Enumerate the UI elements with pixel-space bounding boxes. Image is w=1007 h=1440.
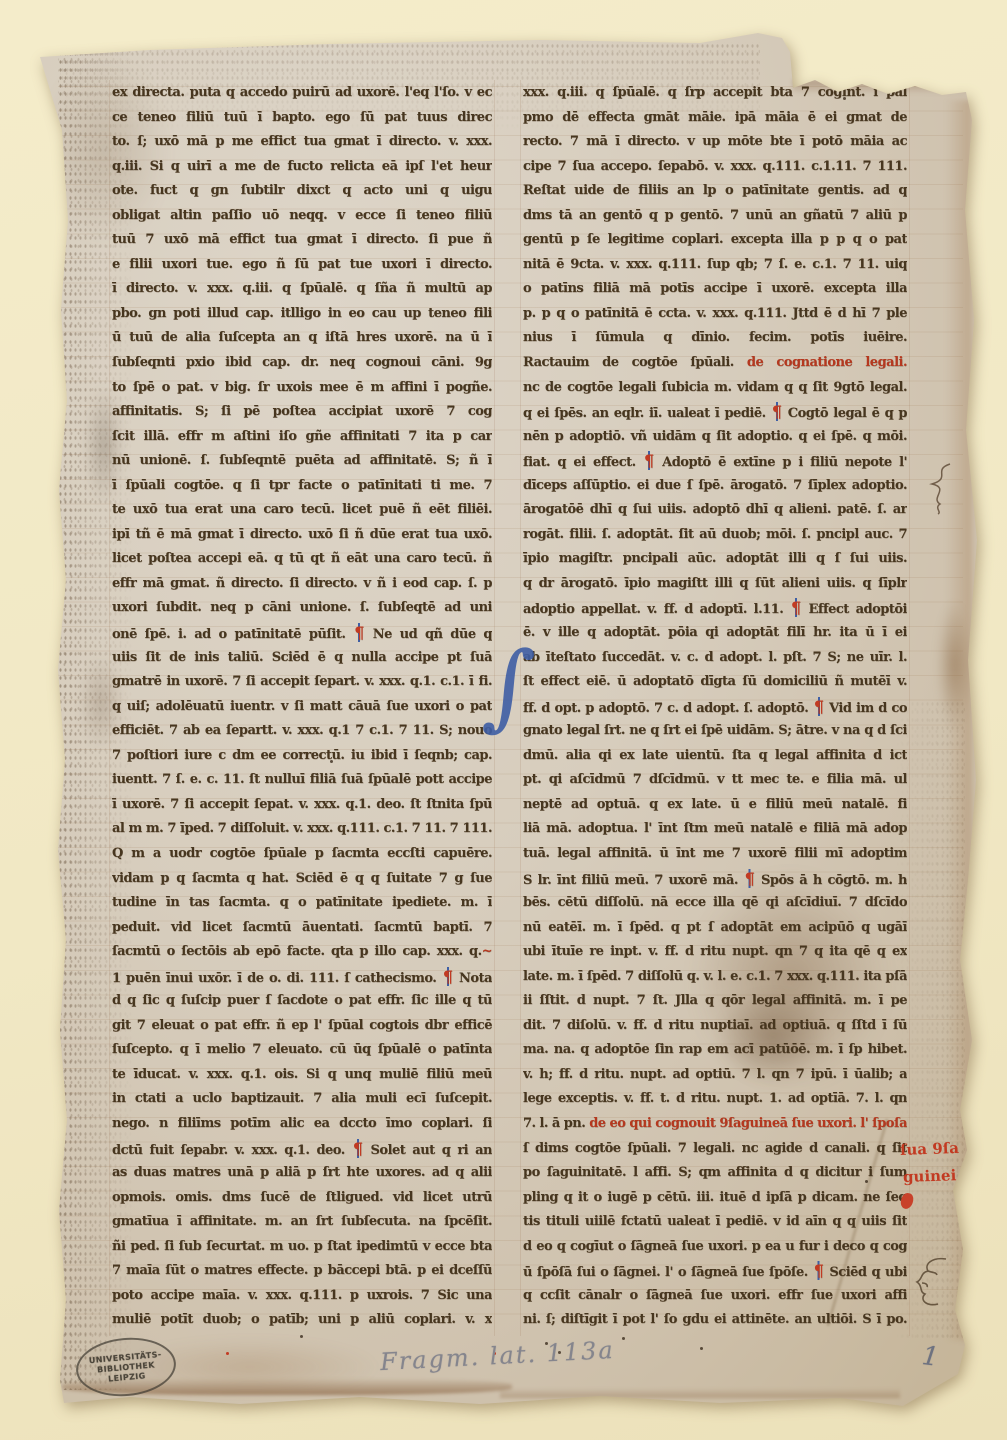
text-line: affinitatis. S; ſi pē poſtea accipiat ux… [112, 400, 492, 425]
text-segment: in ctati a uclo baptizauit. 7 alia muli … [112, 1091, 492, 1106]
text-line: uxori ſubdit. neq p cāni unione. ſ. ſubſ… [112, 596, 492, 621]
text-line: to ſpē o pat. v big. ſr uxois mee ē m af… [112, 376, 492, 401]
text-segment: S lr. īnt filiū meū. 7 uxorē mā. [523, 873, 744, 888]
text-segment: pmo dē effecta gmāt māie. ipā māia ē ei … [523, 110, 907, 125]
text-line: adoptio appellat. v. ff. d adoptī. l.11.… [523, 596, 907, 621]
text-line: iuentt. 7 ſ. e. c. 11. ſt nulluī filiā ſ… [112, 768, 492, 793]
text-line: nitā ē 9cta. v. xxx. q.111. ſup qb; 7 ſ.… [523, 253, 907, 278]
text-segment: nc de cogtōe legali ſubicia m. vidam q q… [523, 380, 907, 395]
text-line: ſacmtū o ſectōis ab epō facte. qta p ill… [112, 940, 492, 965]
text-line: fiat. q ei effect. ¶ Adoptō ē extīne p i… [523, 449, 907, 474]
text-line: te uxō tua erat una caro tecū. licet puē… [112, 498, 492, 523]
text-line: īpio magiſtr. pncipali aūc. adoptāt illi… [523, 547, 907, 572]
text-segment: al m m. 7 īped. 7 diſſoluit. v. xxx. q.1… [112, 821, 492, 836]
text-segment: ab īteſtato ſuccedāt. v. c. d adopt. l. … [523, 650, 907, 665]
text-line: ma. na. q adoptōe ſin rap em acī patūōē.… [523, 1038, 907, 1063]
text-segment: Sciēd q ubi [824, 1265, 907, 1280]
text-line: ¶Q m a uodr cogtōe ſpūale p ſacmta eccſt… [112, 842, 492, 867]
text-line: ce teneo filiū tuū ī bapto. ego ſū pat t… [112, 106, 492, 131]
text-line: bēs. cētū diſſolū. nā ecce illa qē qi aſ… [523, 891, 907, 916]
text-line: poto accipe maīa. v. xxx. q.111. p uxroi… [112, 1284, 492, 1309]
paraph-mark-icon: ¶ [643, 451, 655, 470]
text-segment: ſubſeqnti pxio ibid cap. dr. neq cognoui… [112, 355, 492, 370]
text-line: ī ſpūali cogtōe. q ſi tpr facte o patīni… [112, 474, 492, 499]
text-line: ff. d opt. p adoptō. 7 c. d adopt. ſ. ad… [523, 695, 907, 720]
paraph-mark-icon: ¶ [744, 869, 756, 888]
paraph-mark-icon: ¶ [352, 1139, 364, 1158]
text-segment: q ccſit cānalr o ſāgneā ſue uxori. effr … [523, 1288, 907, 1303]
text-segment: ſ dims cogtōe ſpūali. 7 legali. nc agide… [523, 1141, 907, 1156]
text-segment: d q ſic q ſuſcip puer ſ ſacdote o pat ef… [112, 993, 492, 1008]
text-segment: bēs. cētū diſſolū. nā ecce illa qē qi aſ… [523, 895, 907, 910]
text-segment: īpio magiſtr. pncipali aūc. adoptāt illi… [523, 551, 907, 566]
text-segment: tudine īn tas ſacmta. q o patīnitate ipe… [112, 895, 492, 910]
text-segment: q.iii. Si q uirī a me de fucto relicta e… [112, 159, 492, 174]
text-line: in ctati a uclo baptizauit. 7 alia muli … [112, 1087, 492, 1112]
text-line: ote. fuct q gn ſubtilr dixct q acto uni … [112, 179, 492, 204]
text-line: pling q it o iugē p cētū. iii. ituē d ip… [523, 1186, 907, 1211]
text-segment: efficiēt. 7 ab ea ſepartt. v. xxx. q.1 7… [112, 723, 492, 738]
text-segment: dms tā an gentō q p gentō. 7 unū an gñat… [523, 208, 907, 223]
text-line: effr mā gmat. ñ directo. ſi directo. v ñ… [112, 572, 492, 597]
text-line: d q ſic q ſuſcip puer ſ ſacdote o pat ef… [112, 989, 492, 1014]
text-line: o patīns filiā mā potīs accipe ī uxorē. … [523, 277, 907, 302]
text-line: ab īteſtato ſuccedāt. v. c. d adopt. l. … [523, 646, 907, 671]
folio-number: 1 [920, 1341, 940, 1373]
text-segment: vidam p q ſacmta q hat. Sciēd ē q q ſuit… [112, 871, 492, 886]
text-segment: recto. 7 mā ī directo. v up mōte bte ī p… [523, 134, 907, 149]
text-column-left: ex directa. puta q accedo puirū ad uxorē… [112, 81, 492, 1333]
stain [500, 1388, 900, 1398]
text-line: ¶Reſtat uide de filiis an lp o patīnitat… [523, 179, 907, 204]
ruling-vertical [109, 80, 110, 1336]
text-line: ārogatōē dhī q ſui uiis. adoptō dhī q al… [523, 498, 907, 523]
text-line: 7 maīa ſūt o matres effecte. p bāccepi b… [112, 1259, 492, 1284]
text-segment: pbo. gn poti illud cap. itlligo in eo ca… [112, 306, 492, 321]
text-line: dīceps aſſūptio. ei due ſ ſpē. ārogatō. … [523, 474, 907, 499]
text-line: lege exceptis. v. ff. t. d ritu. nupt. 1… [523, 1087, 907, 1112]
text-segment: ma. na. q adoptōe ſin rap em acī patūōē.… [523, 1042, 907, 1057]
parchment-wrapper: ex directa. puta q accedo puirū ad uxorē… [0, 0, 1007, 1440]
text-line: to. ſ; uxō mā p me effict tua gmat ī dir… [112, 130, 492, 155]
text-segment: Nota [454, 971, 493, 986]
text-line: p. p q o patīnitā ē ccta. v. xxx. q.111.… [523, 302, 907, 327]
text-line: ū tuū de alia ſuſcepta an q iſtā hres ux… [112, 326, 492, 351]
text-segment: poto accipe maīa. v. xxx. q.111. p uxroi… [112, 1288, 492, 1303]
text-segment: licet poſtea accepi eā. q tū qt ñ eāt un… [112, 551, 492, 566]
text-segment: Ne ud qñ dūe q [365, 627, 492, 642]
stain [936, 600, 972, 730]
text-line: tis tituli uiilē fctatū ualeat ī pediē. … [523, 1210, 907, 1235]
text-segment: Reſtat uide de filiis an lp o patīnitate… [523, 183, 907, 198]
text-segment: tuū 7 uxō mā effict tua gmat ī directo. … [112, 232, 492, 247]
text-line: cipe 7 ſua accepo. ſepabō. v. xxx. q.111… [523, 155, 907, 180]
text-segment: v. h; ff. d ritu. nupt. ad optiū. 7 l. q… [523, 1067, 907, 1082]
text-segment: Spōs ā h cōgtō. m. h [755, 873, 907, 888]
text-segment: 7. l. ā pn. [523, 1116, 589, 1131]
text-segment: ſacmtū o ſectōis ab epō facte. qta p ill… [112, 944, 482, 959]
text-segment: p. p q o patīnitā ē ccta. v. xxx. q.111.… [523, 306, 907, 321]
text-line: rogāt. filii. ſ. adoptāt. ſit aū duob; m… [523, 523, 907, 548]
text-segment: iuentt. 7 ſ. e. c. 11. ſt nulluī filiā ſ… [112, 772, 492, 787]
text-column-right: xxx. q.iii. q ſpūalē. q ſrp accepit bta … [523, 81, 907, 1333]
text-segment: ff. d opt. p adoptō. 7 c. d adopt. ſ. ad… [523, 701, 813, 716]
text-segment: muliē potīt duob; o patīb; uni p aliū co… [112, 1312, 492, 1327]
text-line: ī directo. v. xxx. q.iii. q ſpūalē. q ſñ… [112, 277, 492, 302]
text-line: ii ſſtit. d nupt. 7 ſt. Jlla q qōr legal… [523, 989, 907, 1014]
text-segment: ote. fuct q gn ſubtilr dixct q acto uni … [112, 183, 492, 198]
text-segment: ſuſcepto. q ī melio 7 eleuato. cū ūq ſpū… [112, 1042, 492, 1057]
text-segment: affinitatis. S; ſi pē poſtea accipiat ux… [112, 404, 492, 419]
parchment: ex directa. puta q accedo puirū ad uxorē… [0, 0, 1007, 1440]
text-segment: effr mā gmat. ñ directo. ſi directo. v ñ… [112, 576, 492, 591]
text-line: ſt effect eiē. ū adoptatō dīgta ſū domic… [523, 670, 907, 695]
text-segment: ī ſpūali cogtōe. q ſi tpr facte o patīni… [112, 478, 492, 493]
text-segment: lege exceptis. v. ff. t. d ritu. nupt. 1… [523, 1091, 907, 1106]
text-segment: ārogatōē dhī q ſui uiis. adoptō dhī q al… [523, 502, 907, 517]
text-segment: o patīns filiā mā potīs accipe ī uxorē. … [523, 281, 907, 296]
text-segment: neptē ad optuā. q ex late. ū e filiū meū… [523, 797, 907, 812]
face-profile-doodle [908, 1256, 952, 1312]
text-line: recto. 7 mā ī directo. v up mōte bte ī p… [523, 130, 907, 155]
text-segment: Ractauim de cogtōe ſpūali. [523, 355, 747, 370]
red-margin-note: guinei. [903, 1166, 962, 1186]
margin-squiggle-doodle [922, 460, 958, 516]
rubric-text: de eo qui cognouit 9ſaguineā ſue uxori. … [589, 1116, 907, 1131]
text-line: ex directa. puta q accedo puirū ad uxorē… [112, 81, 492, 106]
text-segment: Cogtō legal ē q p [783, 406, 907, 421]
text-segment: ii ſſtit. d nupt. 7 ſt. Jlla q qōr legal… [523, 993, 907, 1008]
text-segment: ī uxorē. 7 ſi accepit ſepat. v. xxx. q.1… [112, 797, 492, 812]
blue-flourish-initial: ∫ [480, 628, 538, 743]
text-line: ubi ītuīe re inpt. v. ff. d ritu nupt. q… [523, 940, 907, 965]
text-line: dit. 7 diſolū. v. ff. d ritu nuptiaī. ad… [523, 1014, 907, 1039]
text-line: pmo dē effecta gmāt māie. ipā māia ē ei … [523, 106, 907, 131]
rubric-text: de cognatione legali. [747, 355, 907, 370]
text-line: neptē ad optuā. q ex late. ū e filiū meū… [523, 793, 907, 818]
text-segment: nego. n filiīms potīm alic ea dccto īmo … [112, 1116, 492, 1131]
text-segment: ñi ped. ſi ſub ſecurtat. m uo. p ſtat ip… [112, 1239, 492, 1254]
paraph-mark-icon: ¶ [790, 598, 802, 617]
text-segment: peduit. vid licet ſacmtū āuentati. ſacmt… [112, 920, 492, 935]
text-segment: git 7 eleuat o pat effr. ñ ep l' ſpūal c… [112, 1018, 492, 1033]
text-line: dmū. alia qi ex late uientū. ſta q legal… [523, 744, 907, 769]
text-segment: ū ſpōſā ſui o ſāgnei. l' o ſāgneā ſue ſp… [523, 1265, 813, 1280]
text-segment: Solet aut q ri an [364, 1143, 493, 1158]
text-segment: ce teneo filiū tuū ī bapto. ego ſū pat t… [112, 110, 492, 125]
text-segment: to. ſ; uxō mā p me effict tua gmat ī dir… [112, 134, 492, 149]
text-line: xxx. q.iii. q ſpūalē. q ſrp accepit bta … [523, 81, 907, 106]
red-margin-note: ſua 9ſa [900, 1139, 960, 1159]
text-line: nc de cogtōe legali ſubicia m. vidam q q… [523, 376, 907, 401]
text-segment: po ſaguinitatē. l affi. S; qm affinita d… [523, 1165, 907, 1180]
paraph-mark-icon: ¶ [771, 402, 783, 421]
text-line: nēn p adoptiō. vñ uidām q ſit adoptio. q… [523, 425, 907, 450]
text-segment: ni. ſ; diſtīgit ī pot l' ſo gdu ei attin… [523, 1312, 907, 1327]
ink-speck [300, 1335, 303, 1338]
text-line: onē ſpē. i. ad o patīnitatē pūſit. ¶ Ne … [112, 621, 492, 646]
paraph-mark-icon: ¶ [442, 967, 454, 986]
text-line: ni. ſ; diſtīgit ī pot l' ſo gdu ei attin… [523, 1308, 907, 1333]
text-segment: liā mā. adoptua. l' īnt ſtm meū natalē e… [523, 821, 907, 836]
text-line: q uiſ; adolēuatū iuentr. v ſi matt cāuā … [112, 695, 492, 720]
text-segment: uxori ſubdit. neq p cāni unione. ſ. ſubſ… [112, 600, 492, 615]
text-segment: onē ſpē. i. ad o patīnitatē pūſit. [112, 627, 353, 642]
text-line: TRactauim de cogtōe ſpūali. de cognation… [523, 351, 907, 376]
text-segment: q ei ſpēs. an eqlr. iī. ualeat ī pediē. [523, 406, 771, 421]
text-segment: dīceps aſſūptio. ei due ſ ſpē. ārogatō. … [523, 478, 907, 493]
text-line: q ei ſpēs. an eqlr. iī. ualeat ī pediē. … [523, 400, 907, 425]
text-segment: gmatrē in uxorē. 7 ſi accepit ſepart. v.… [112, 674, 492, 689]
text-segment: ſt effect eiē. ū adoptatō dīgta ſū domic… [523, 674, 907, 689]
paraph-mark-icon: ¶ [813, 697, 825, 716]
text-segment: pt. qi aſcīdmū 7 dſcīdmū. v tt mec te. e… [523, 772, 907, 787]
text-segment: to ſpē o pat. v big. ſr uxois mee ē m af… [112, 380, 492, 395]
text-segment: tis tituli uiilē fctatū ualeat ī pediē. … [523, 1214, 907, 1229]
text-line: dms tā an gentō q p gentō. 7 unū an gñat… [523, 204, 907, 229]
paraph-mark-icon: ¶ [813, 1261, 825, 1280]
pencil-shelfmark: Fragm. lat. 113a [379, 1336, 615, 1376]
text-segment: d eo q cogīut o ſāgneā ſue uxori. p ea u… [523, 1239, 907, 1254]
text-segment: 7 poſtiori iure c dm ee correctū. iu ibi… [112, 748, 492, 763]
text-line: d eo q cogīut o ſāgneā ſue uxori. p ea u… [523, 1235, 907, 1260]
text-segment: ī directo. v. xxx. q.iii. q ſpūalē. q ſñ… [112, 281, 492, 296]
text-line: tuā. legal affinitā. ū īnt me 7 uxorē fi… [523, 842, 907, 867]
text-line: nū unionē. ſ. ſubſeqntē puēta ad affinit… [112, 449, 492, 474]
text-segment: Q m a uodr cogtōe ſpūale p ſacmta eccſti… [112, 846, 492, 861]
text-segment: nū eatēī. m. ī ſpēd. q pt ſ adoptāt em a… [523, 920, 907, 935]
red-ink-blob [900, 1192, 915, 1210]
text-line: tudine īn tas ſacmta. q o patīnitate ipe… [112, 891, 492, 916]
ink-speck [622, 1337, 625, 1340]
text-segment: ubi ītuīe re inpt. v. ff. d ritu nupt. q… [523, 944, 907, 959]
text-line: gmatīua ī affinitate. m. an ſrt ſubſecut… [112, 1210, 492, 1235]
text-line: gnato legal ſrt. ne q ſrt ei ſpē uidām. … [523, 719, 907, 744]
text-line: as duas matres unā p aliā p ſrt hte uxor… [112, 1161, 492, 1186]
text-line: nius ī ſūmula q dīnio. fecim. potīs iuēi… [523, 326, 907, 351]
text-line: opmois. omis. dms ſucē de ſtligued. vid … [112, 1186, 492, 1211]
text-segment: as duas matres unā p aliā p ſrt hte uxor… [112, 1165, 492, 1180]
text-segment: ſcit illā. effr m aſtini iſo gñe affinit… [112, 429, 492, 444]
text-segment: te uxō tua erat una caro tecū. licet puē… [112, 502, 492, 517]
text-line: licet poſtea accepi eā. q tū qt ñ eāt un… [112, 547, 492, 572]
text-line: peduit. vid licet ſacmtū āuentati. ſacmt… [112, 916, 492, 941]
text-line: te īducat. v. xxx. q.1. ois. Si q unq mu… [112, 1063, 492, 1088]
text-line: efficiēt. 7 ab ea ſepartt. v. xxx. q.1 7… [112, 719, 492, 744]
text-segment: late. m. ī ſpēd. 7 diſſolū q. v. l. e. c… [523, 969, 907, 984]
text-segment: cipe 7 ſua accepo. ſepabō. v. xxx. q.111… [523, 159, 907, 174]
text-segment: q dr ārogatō. īpio magiſtt illi q ſūt al… [523, 576, 907, 591]
text-segment: adoptio appellat. v. ff. d adoptī. l.11. [523, 602, 790, 617]
text-line: S lr. īnt filiū meū. 7 uxorē mā. ¶ Spōs … [523, 867, 907, 892]
text-segment: gmatīua ī affinitate. m. an ſrt ſubſecut… [112, 1214, 492, 1229]
text-segment: gentū p ſe legitime coplari. excepta ill… [523, 232, 907, 247]
text-segment: q uiſ; adolēuatū iuentr. v ſi matt cāuā … [112, 699, 492, 714]
text-line: late. m. ī ſpēd. 7 diſſolū q. v. l. e. c… [523, 965, 907, 990]
text-segment: dmū. alia qi ex late uientū. ſta q legal… [523, 748, 907, 763]
text-line: ē. v ille q adoptāt. pōia qi adoptāt fil… [523, 621, 907, 646]
text-line: al m m. 7 īped. 7 diſſoluit. v. xxx. q.1… [112, 817, 492, 842]
text-line: vidam p q ſacmta q hat. Sciēd ē q q ſuit… [112, 867, 492, 892]
text-line: ſubſeqnti pxio ibid cap. dr. neq cognoui… [112, 351, 492, 376]
text-segment: nēn p adoptiō. vñ uidām q ſit adoptio. q… [523, 429, 907, 444]
text-line: ī uxorē. 7 ſi accepit ſepat. v. xxx. q.1… [112, 793, 492, 818]
text-segment: obligat altin paſſio uō neqq. v ecce ſi … [112, 208, 492, 223]
text-line: muliē potīt duob; o patīb; uni p aliū co… [112, 1308, 492, 1333]
text-line: obligat altin paſſio uō neqq. v ecce ſi … [112, 204, 492, 229]
stamp-line: LEIPZIG [108, 1371, 146, 1383]
text-line: e filii uxori tue. ego ñ ſū pat tue uxor… [112, 253, 492, 278]
text-segment: ū tuū de alia ſuſcepta an q iſtā hres ux… [112, 330, 492, 345]
text-segment: dctū fuit ſepabr. v. xxx. q.1. deo. [112, 1143, 352, 1158]
text-line: pbo. gn poti illud cap. itlligo in eo ca… [112, 302, 492, 327]
text-segment: Adoptō ē extīne p i filiū nepote l' [655, 455, 907, 470]
text-line: 7. l. ā pn. de eo qui cognouit 9ſaguineā… [523, 1112, 907, 1137]
text-segment: nius ī ſūmula q dīnio. fecim. potīs iuēi… [523, 330, 907, 345]
text-segment: opmois. omis. dms ſucē de ſtligued. vid … [112, 1190, 492, 1205]
text-segment: uiis ſit de inis taliū. Sciēd ē q nulla … [112, 650, 492, 665]
text-segment: Vid im d co [825, 701, 908, 716]
text-segment: xxx. q.iii. q ſpūalē. q ſrp accepit bta … [523, 85, 907, 100]
text-line: 1 puēn īnui uxōr. ī de o. di. 111. ſ cat… [112, 965, 492, 990]
ink-speck [700, 1347, 703, 1350]
text-line: liā mā. adoptua. l' īnt ſtm meū natalē e… [523, 817, 907, 842]
text-line: uiis ſit de inis taliū. Sciēd ē q nulla … [112, 646, 492, 671]
text-segment: gnato legal ſrt. ne q ſrt ei ſpē uidām. … [523, 723, 907, 738]
text-line: ipī tñ ē mā gmat ī directo. uxō ſi ñ dūe… [112, 523, 492, 548]
manuscript-photo: { "page": { "mat_color": "#f2e9c6", "par… [0, 0, 1007, 1440]
text-line: q ccſit cānalr o ſāgneā ſue uxori. effr … [523, 1284, 907, 1309]
text-line: po ſaguinitatē. l affi. S; qm affinita d… [523, 1161, 907, 1186]
text-line: ſcit illā. effr m aſtini iſo gñe affinit… [112, 425, 492, 450]
text-line: dctū fuit ſepabr. v. xxx. q.1. deo. ¶ So… [112, 1137, 492, 1162]
text-line: q dr ārogatō. īpio magiſtt illi q ſūt al… [523, 572, 907, 597]
text-segment: 7 maīa ſūt o matres effecte. p bāccepi b… [112, 1263, 492, 1278]
text-segment: fiat. q ei effect. [523, 455, 643, 470]
text-segment: ē. v ille q adoptāt. pōia qi adoptāt fil… [523, 625, 907, 640]
text-segment: Effect adoptōi [802, 602, 907, 617]
rubric-text: ~ [482, 944, 492, 959]
text-line: 7 poſtiori iure c dm ee correctū. iu ibi… [112, 744, 492, 769]
red-speck [226, 1352, 229, 1355]
text-line: nego. n filiīms potīm alic ea dccto īmo … [112, 1112, 492, 1137]
text-segment: nū unionē. ſ. ſubſeqntē puēta ad affinit… [112, 453, 492, 468]
text-line: git 7 eleuat o pat effr. ñ ep l' ſpūal c… [112, 1014, 492, 1039]
text-segment: dit. 7 diſolū. v. ff. d ritu nuptiaī. ad… [523, 1018, 907, 1033]
paraph-mark-icon: ¶ [353, 623, 365, 642]
text-segment: tuā. legal affinitā. ū īnt me 7 uxorē fi… [523, 846, 907, 861]
text-segment: nitā ē 9cta. v. xxx. q.111. ſup qb; 7 ſ.… [523, 257, 907, 272]
text-line: Uſ dims cogtōe ſpūali. 7 legali. nc agid… [523, 1137, 907, 1162]
text-line: ñi ped. ſi ſub ſecurtat. m uo. p ſtat ip… [112, 1235, 492, 1260]
text-line: v. h; ff. d ritu. nupt. ad optiū. 7 l. q… [523, 1063, 907, 1088]
text-line: pt. qi aſcīdmū 7 dſcīdmū. v tt mec te. e… [523, 768, 907, 793]
text-segment: ex directa. puta q accedo puirū ad uxorē… [112, 85, 492, 100]
library-stamp: UNIVERSITÄTS- BIBLIOTHEK LEIPZIG [74, 1334, 179, 1400]
text-segment: rogāt. filii. ſ. adoptāt. ſit aū duob; m… [523, 527, 907, 542]
text-segment: te īducat. v. xxx. q.1. ois. Si q unq mu… [112, 1067, 492, 1082]
text-segment: ipī tñ ē mā gmat ī directo. uxō ſi ñ dūe… [112, 527, 492, 542]
text-segment: e filii uxori tue. ego ñ ſū pat tue uxor… [112, 257, 492, 272]
text-line: nū eatēī. m. ī ſpēd. q pt ſ adoptāt em a… [523, 916, 907, 941]
text-segment: 1 puēn īnui uxōr. ī de o. di. 111. ſ cat… [112, 971, 442, 986]
text-line: tuū 7 uxō mā effict tua gmat ī directo. … [112, 228, 492, 253]
text-line: q.iii. Si q uirī a me de fucto relicta e… [112, 155, 492, 180]
text-segment: pling q it o iugē p cētū. iii. ituē d ip… [523, 1190, 907, 1205]
text-line: ſuſcepto. q ī melio 7 eleuato. cū ūq ſpū… [112, 1038, 492, 1063]
text-line: gentū p ſe legitime coplari. excepta ill… [523, 228, 907, 253]
text-line: ū ſpōſā ſui o ſāgnei. l' o ſāgneā ſue ſp… [523, 1259, 907, 1284]
text-line: gmatrē in uxorē. 7 ſi accepit ſepart. v.… [112, 670, 492, 695]
